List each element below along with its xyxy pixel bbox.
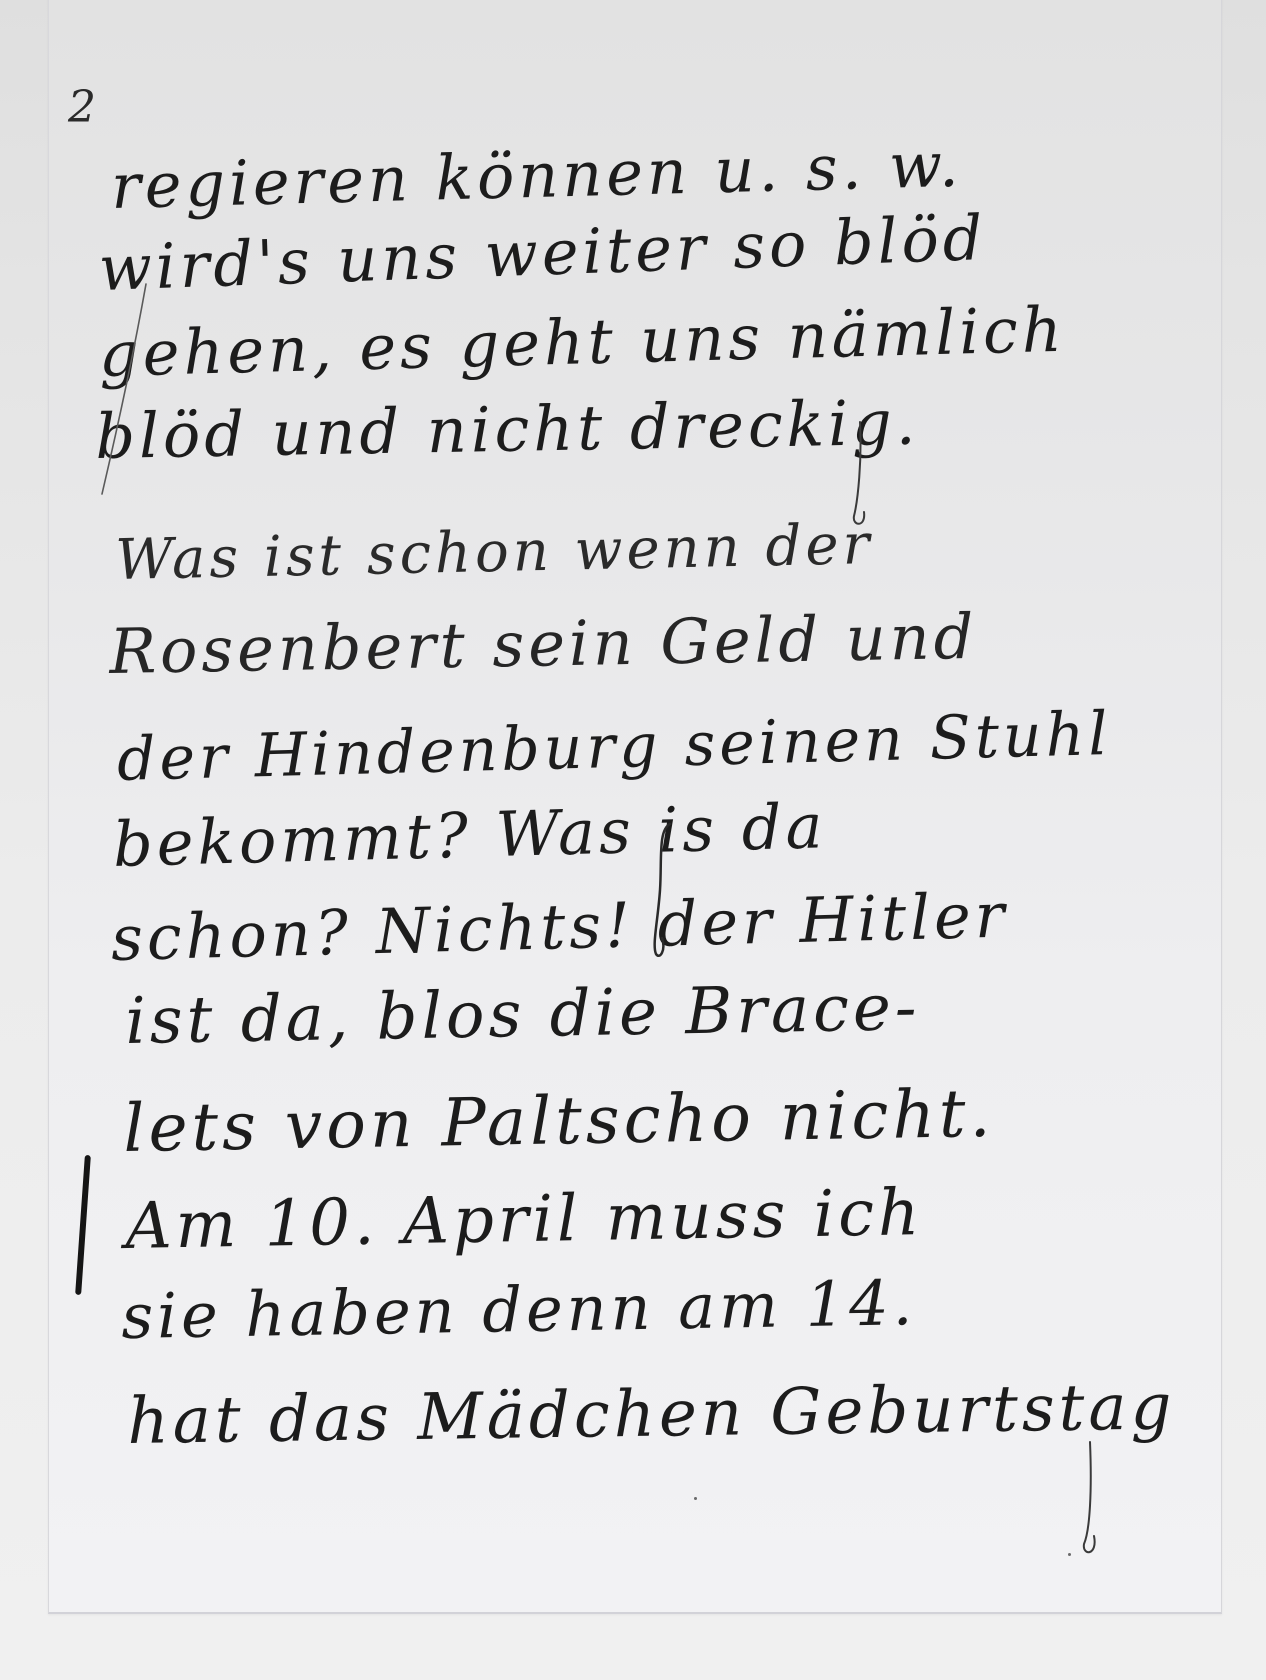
curly-separator-mark xyxy=(640,820,680,960)
handwritten-line-13: sie haben denn am 14. xyxy=(121,1266,917,1353)
descender-flourish xyxy=(840,420,880,530)
handwritten-line-11: lets von Paltscho nicht. xyxy=(123,1075,995,1167)
handwritten-line-4: blöd und nicht dreckig. xyxy=(95,386,920,473)
handwritten-line-10: ist da, blos die Brace- xyxy=(125,971,921,1059)
descender-flourish xyxy=(1070,1440,1110,1560)
paper-speck xyxy=(694,1497,697,1500)
page-number: 2 xyxy=(68,82,96,133)
handwritten-line-14: hat das Mädchen Geburtstag xyxy=(127,1370,1176,1459)
handwritten-line-6: Rosenbert sein Geld und xyxy=(109,600,978,688)
paper-speck xyxy=(1068,1553,1071,1556)
handwritten-line-12: Am 10. April muss ich xyxy=(125,1176,924,1264)
left-stroke-flourish xyxy=(96,280,156,500)
